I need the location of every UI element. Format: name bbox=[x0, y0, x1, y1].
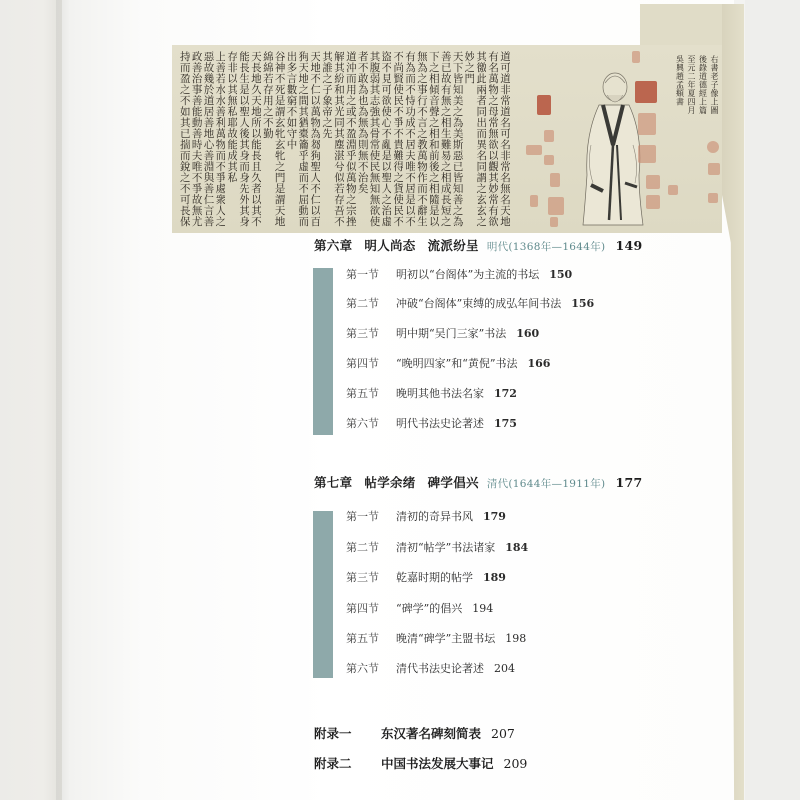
seal bbox=[646, 195, 660, 209]
calligraphy-column: 其誰之子象帝之先 bbox=[322, 51, 332, 227]
chapter-number: 第六章 bbox=[314, 238, 352, 253]
calligraphy-column: 道可道非常道名可名非常名無名天地之始 bbox=[500, 51, 510, 227]
appendix-page: 209 bbox=[504, 756, 528, 771]
seal-large bbox=[537, 95, 551, 115]
calligraphy-column: 天長地久天地所以能長且久者以其不自生故 bbox=[251, 51, 261, 227]
calligraphy-column: 善已故有無之相生難易之相成長短之相形高 bbox=[441, 51, 451, 227]
inscription-column: 右書老子像上圖 bbox=[710, 55, 719, 175]
section-page: 194 bbox=[472, 602, 493, 615]
section-title: “晚明四家”和“黄倪”书法 bbox=[396, 357, 518, 370]
section-page: 175 bbox=[494, 417, 517, 430]
section-entry[interactable]: 第一节清初的奇异书风179 bbox=[346, 508, 506, 524]
section-page: 189 bbox=[483, 571, 506, 584]
section-entry[interactable]: 第六节清代书法史论著述204 bbox=[346, 660, 515, 676]
section-title: 清初“帖学”书法诸家 bbox=[396, 541, 495, 554]
seal bbox=[635, 81, 657, 103]
left-page-edge bbox=[0, 0, 62, 800]
appendix-label: 附录二 bbox=[314, 754, 381, 772]
seal bbox=[646, 175, 660, 189]
book-gutter-shadow bbox=[56, 0, 70, 800]
seal bbox=[526, 145, 542, 155]
calligraphy-column: 上善若水水善利萬物而不爭處衆人之所 bbox=[216, 51, 226, 227]
calligraphy-column: 天地不仁以萬物為芻狗聖人不仁以百姓為芻 bbox=[310, 51, 320, 227]
calligraphy-column: 者不敢為也為無為則無不治矣 bbox=[358, 51, 368, 227]
section-label: 第三节 bbox=[346, 325, 396, 341]
section-title: 晚清“碑学”主盟书坛 bbox=[396, 632, 495, 645]
calligraphy-column: 天下皆知美之為美斯惡已皆知善之為善斯不 bbox=[453, 51, 463, 227]
seal bbox=[638, 145, 656, 163]
inscription-column: 至元二年夏四月 bbox=[687, 55, 696, 175]
calligraphy-column: 有名萬物之母常無欲以觀其妙常有欲以觀 bbox=[488, 51, 498, 227]
section-title: 晚明其他书法名家 bbox=[396, 387, 484, 400]
calligraphy-column: 政善治事善能動善時夫唯不爭故無尤 bbox=[192, 51, 202, 227]
seal bbox=[708, 193, 718, 203]
chapter-heading[interactable]: 第六章明人尚态流派纷呈明代(1368年—1644年)149 bbox=[314, 236, 642, 254]
section-title: 冲破“台阁体”束缚的成弘年间书法 bbox=[396, 297, 561, 310]
section-page: 150 bbox=[549, 268, 572, 281]
seal bbox=[544, 155, 554, 165]
section-entry[interactable]: 第三节明中期“吴门三家”书法160 bbox=[346, 325, 539, 341]
calligraphy-column: 其徼此兩者同出而異名同謂之玄玄之又玄衆 bbox=[476, 51, 486, 227]
section-page: 184 bbox=[505, 541, 528, 554]
calligraphy-column: 存非以其無私耶故能成其私 bbox=[227, 51, 237, 227]
section-entry[interactable]: 第六节明代书法史论著述175 bbox=[346, 415, 517, 431]
chapter-title-a: 明人尚态 bbox=[364, 238, 415, 253]
chapter-title-a: 帖学余绪 bbox=[364, 475, 415, 490]
seal bbox=[530, 195, 538, 207]
section-title: 明代书法史论著述 bbox=[396, 417, 484, 430]
section-title: “碑学”的倡兴 bbox=[396, 602, 462, 615]
section-entry[interactable]: 第一节明初以“台阁体”为主流的书坛150 bbox=[346, 266, 572, 282]
chapter-era: 清代(1644年—1911年) bbox=[487, 478, 606, 490]
calligraphy-column: 能長生是以聖人後其身而身先外其身而身 bbox=[239, 51, 249, 227]
appendix-title: 东汉著名碑刻简表 bbox=[381, 726, 481, 741]
calligraphy-column: 不尚賢使民不爭不貴難得之貨使民不為 bbox=[393, 51, 403, 227]
calligraphy-column: 狗天地之間其猶橐籥乎虛而不屈動而愈 bbox=[299, 51, 309, 227]
appendix-page: 207 bbox=[491, 726, 515, 741]
chapter-number: 第七章 bbox=[314, 475, 352, 490]
section-page: 166 bbox=[528, 357, 551, 370]
seal bbox=[548, 197, 564, 215]
section-label: 第一节 bbox=[346, 508, 396, 524]
section-label: 第五节 bbox=[346, 630, 396, 646]
seal bbox=[550, 217, 558, 227]
section-title: 乾嘉时期的帖学 bbox=[396, 571, 473, 584]
chapter-era: 明代(1368年—1644年) bbox=[487, 241, 606, 253]
calligraphy-column: 其腹弱其志強其骨常使民無知無欲使夫知 bbox=[370, 51, 380, 227]
section-label: 第六节 bbox=[346, 415, 396, 431]
section-entry[interactable]: 第二节冲破“台阁体”束缚的成弘年间书法156 bbox=[346, 295, 594, 311]
section-label: 第四节 bbox=[346, 355, 396, 371]
section-label: 第二节 bbox=[346, 539, 396, 555]
section-title: 明初以“台阁体”为主流的书坛 bbox=[396, 268, 539, 281]
calligraphy-column: 綿綿若存用之不勤 bbox=[263, 51, 273, 227]
inscription-column: 後錄道德經上篇 bbox=[698, 55, 707, 175]
section-label: 第三节 bbox=[346, 569, 396, 585]
seal bbox=[544, 130, 554, 142]
chapter-page: 177 bbox=[615, 475, 642, 490]
handscroll-illustration: 道可道非常道名可名非常名無名天地之始有名萬物之母常無欲以觀其妙常有欲以觀其徼此兩… bbox=[172, 45, 722, 233]
section-page: 198 bbox=[505, 632, 526, 645]
section-entry[interactable]: 第二节清初“帖学”书法诸家184 bbox=[346, 539, 528, 555]
inscription-text: 右書老子像上圖後錄道德經上篇至元二年夏四月吳興趙孟頫書 bbox=[670, 55, 718, 175]
chapter-title-b: 碑学倡兴 bbox=[428, 475, 479, 490]
section-page: 204 bbox=[494, 662, 515, 675]
section-entry[interactable]: 第五节晚清“碑学”主盟书坛198 bbox=[346, 630, 526, 646]
calligraphy-column: 谷神不死是謂玄牝玄牝之門是謂天地根 bbox=[275, 51, 285, 227]
calligraphy-column: 妙之門 bbox=[465, 51, 475, 227]
section-label: 第四节 bbox=[346, 600, 396, 616]
chapter-heading[interactable]: 第七章帖学余绪碑学倡兴清代(1644年—1911年)177 bbox=[314, 473, 642, 491]
chapter-title-b: 流派纷呈 bbox=[428, 238, 479, 253]
section-page: 156 bbox=[571, 297, 594, 310]
calligraphy-column: 出多言數窮不如守中 bbox=[287, 51, 297, 227]
section-accent-bar bbox=[313, 511, 333, 678]
calligraphy-column: 道沖而用之或不盈淵乎似萬物之宗挫其銳 bbox=[346, 51, 356, 227]
calligraphy-column: 解其紛和其光同其塵湛兮似若存吾不知 bbox=[334, 51, 344, 227]
section-page: 179 bbox=[483, 510, 506, 523]
calligraphy-column: 盜不見可欲使心不亂是以聖人之治虛其心實 bbox=[382, 51, 392, 227]
calligraphy-column: 無為之事行不言之教萬物作而不辭生而不 bbox=[417, 51, 427, 227]
calligraphy-text: 道可道非常道名可名非常名無名天地之始有名萬物之母常無欲以觀其妙常有欲以觀其徼此兩… bbox=[180, 51, 510, 227]
section-title: 清代书法史论著述 bbox=[396, 662, 484, 675]
section-entry[interactable]: 第四节“碑学”的倡兴194 bbox=[346, 600, 493, 616]
seal bbox=[638, 113, 656, 135]
section-entry[interactable]: 第四节“晚明四家”和“黄倪”书法166 bbox=[346, 355, 550, 371]
appendix-title: 中国书法发展大事记 bbox=[381, 756, 494, 771]
section-page: 160 bbox=[516, 327, 539, 340]
appendix-entry[interactable]: 附录一东汉著名碑刻简表207 bbox=[314, 724, 515, 742]
section-label: 第六节 bbox=[346, 660, 396, 676]
section-label: 第一节 bbox=[346, 266, 396, 282]
seal bbox=[668, 185, 678, 195]
background-surface bbox=[745, 0, 800, 800]
calligraphy-column: 有為而不恃功成不居夫唯不居是以不去 bbox=[405, 51, 415, 227]
appendix-entry[interactable]: 附录二中国书法发展大事记209 bbox=[314, 754, 527, 772]
section-title: 清初的奇异书风 bbox=[396, 510, 473, 523]
section-accent-bar bbox=[313, 268, 333, 435]
calligraphy-column: 惡故幾於道居善地心善淵與善仁言善信 bbox=[204, 51, 214, 227]
calligraphy-column: 持而盈之不如其已揣而銳之不可長保金玉滿 bbox=[180, 51, 190, 227]
seal bbox=[550, 173, 560, 187]
section-title: 明中期“吴门三家”书法 bbox=[396, 327, 506, 340]
chapter-page: 149 bbox=[615, 238, 642, 253]
inscription-column: 吳興趙孟頫書 bbox=[675, 55, 684, 175]
seal bbox=[632, 51, 640, 63]
appendix-label: 附录一 bbox=[314, 724, 381, 742]
section-label: 第二节 bbox=[346, 295, 396, 311]
calligraphy-column: 下之相傾音聲之相和前後之相隨是以聖人處 bbox=[429, 51, 439, 227]
section-label: 第五节 bbox=[346, 385, 396, 401]
section-entry[interactable]: 第五节晚明其他书法名家172 bbox=[346, 385, 517, 401]
section-entry[interactable]: 第三节乾嘉时期的帖学189 bbox=[346, 569, 506, 585]
section-page: 172 bbox=[494, 387, 517, 400]
